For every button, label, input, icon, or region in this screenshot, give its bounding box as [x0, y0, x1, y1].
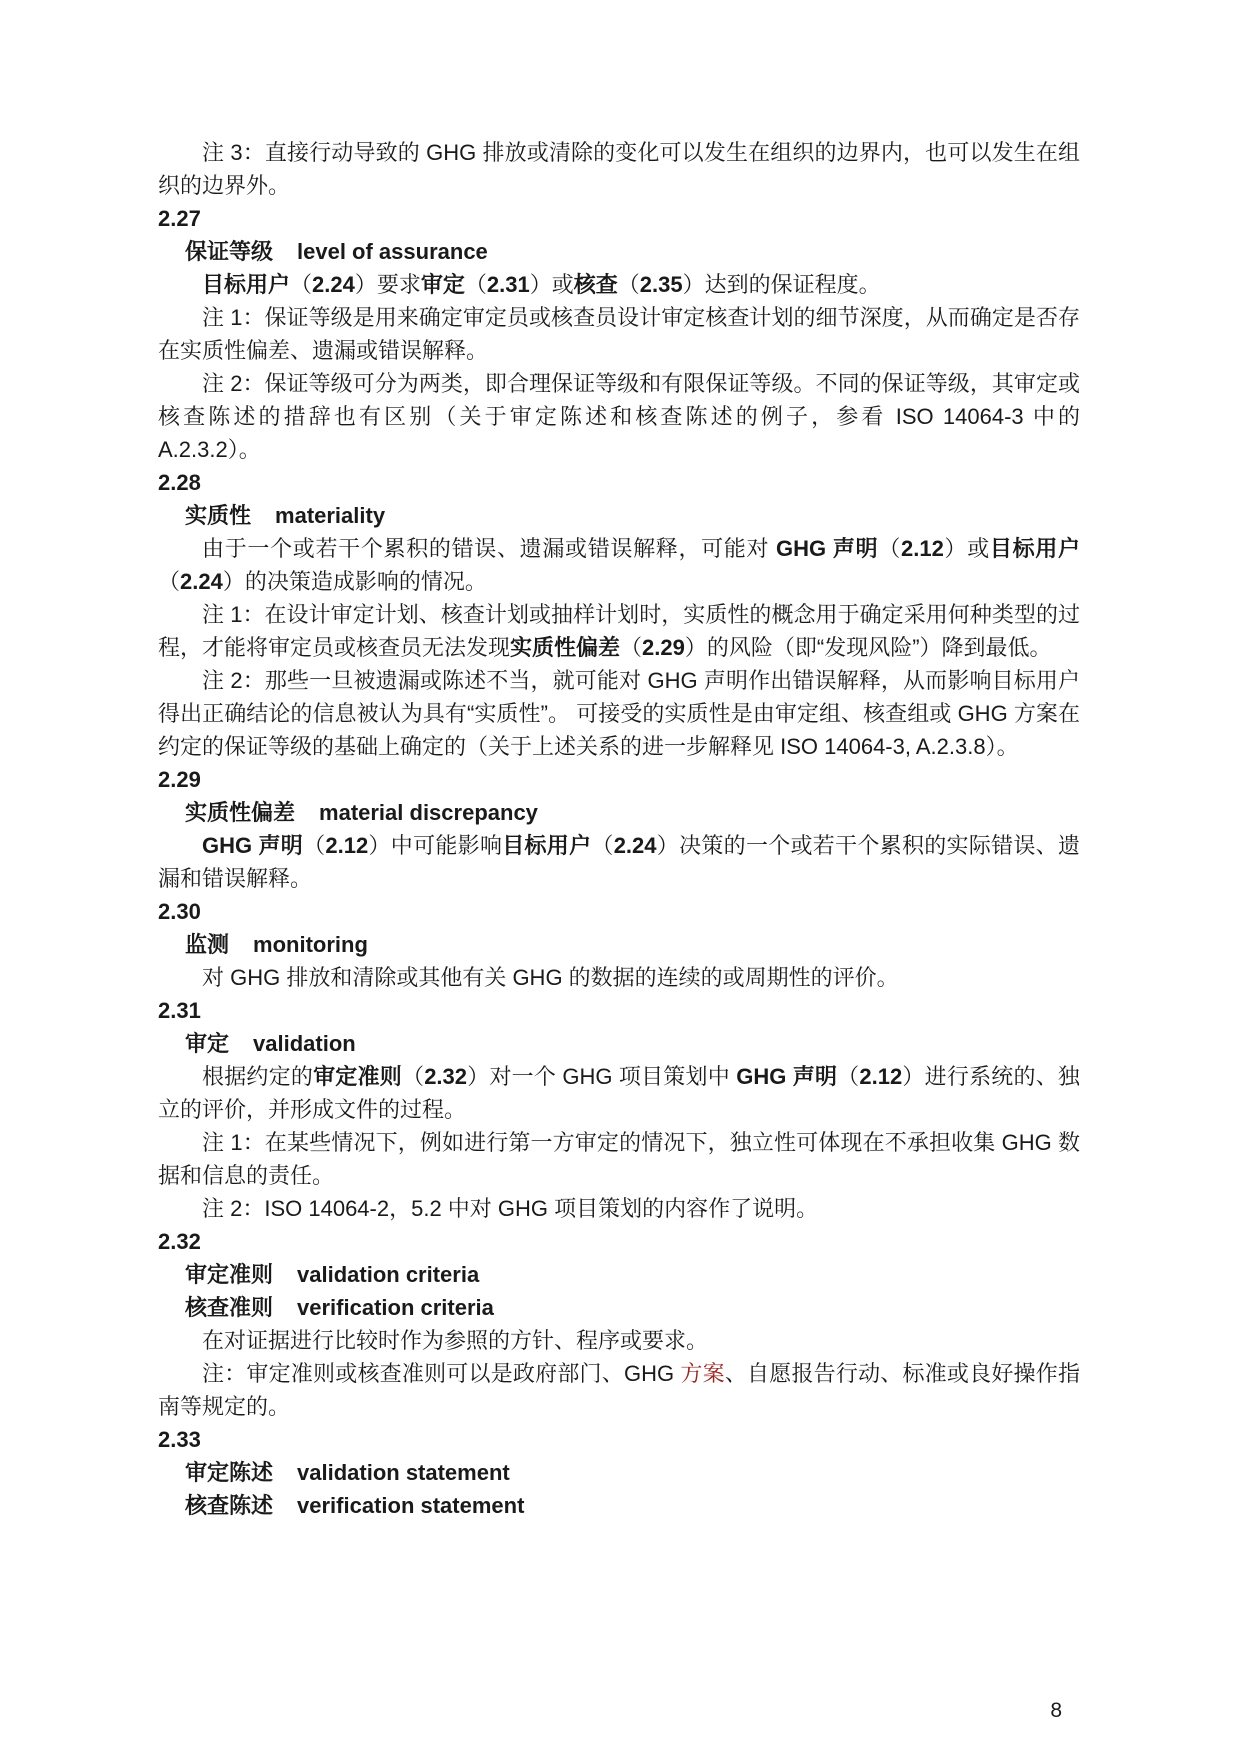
text-run: （ — [878, 536, 901, 561]
note-paragraph: 注 1：在设计审定计划、核查计划或抽样计划时，实质性的概念用于确定采用何种类型的… — [158, 598, 1080, 664]
text-run: 实质性偏差 — [510, 635, 620, 660]
text-run: 在对证据进行比较时作为参照的方针、程序或要求。 — [202, 1328, 708, 1353]
term-line: 审定准则validation criteria — [158, 1258, 1080, 1291]
text-run: 2.35 — [640, 272, 683, 297]
text-run: 注 1：保证等级是用来确定审定员或核查员设计审定核查计划的细节深度，从而确定是否… — [158, 305, 1080, 363]
document-page: 注 3：直接行动导致的 GHG 排放或清除的变化可以发生在组织的边界内，也可以发… — [0, 0, 1240, 1755]
text-run: （ — [591, 833, 613, 858]
text-run: 2.31 — [487, 272, 530, 297]
definition-paragraph: 根据约定的审定准则（2.32）对一个 GHG 项目策划中 GHG 声明（2.12… — [158, 1060, 1080, 1126]
definition-paragraph: 在对证据进行比较时作为参照的方针、程序或要求。 — [158, 1324, 1080, 1357]
text-run: 2.12 — [859, 1064, 902, 1089]
section-number: 2.27 — [158, 202, 1080, 235]
text-run: 注 2：那些一旦被遗漏或陈述不当，就可能对 GHG 声明作出错误解释，从而影响目… — [158, 668, 1080, 759]
definition-paragraph: GHG 声明（2.12）中可能影响目标用户（2.24）决策的一个或若干个累积的实… — [158, 829, 1080, 895]
text-run: ）达到的保证程度。 — [683, 272, 881, 297]
term-english: verification statement — [297, 1493, 524, 1518]
text-run: ）的风险（即“发现风险”）降到最低。 — [685, 635, 1052, 660]
text-run: ）或 — [530, 272, 574, 297]
text-run: 2.24 — [180, 569, 223, 594]
highlighted-text: 方案 — [680, 1361, 724, 1386]
text-run: ）要求 — [355, 272, 421, 297]
term-chinese: 监测 — [185, 932, 229, 957]
text-run: （ — [618, 272, 640, 297]
text-run: 审定 — [421, 272, 465, 297]
term-english: validation statement — [297, 1460, 510, 1485]
text-run: 2.12 — [901, 536, 944, 561]
term-line: 实质性偏差material discrepancy — [158, 796, 1080, 829]
section-number: 2.31 — [158, 994, 1080, 1027]
term-english: materiality — [275, 503, 385, 528]
text-run: 注 3：直接行动导致的 GHG 排放或清除的变化可以发生在组织的边界内，也可以发… — [158, 140, 1080, 198]
text-run: 由于一个或若干个累积的错误、遗漏或错误解释，可能对 — [202, 536, 776, 561]
text-run: ）或 — [944, 536, 990, 561]
text-run: 注 2：ISO 14064-2，5.2 中对 GHG 项目策划的内容作了说明。 — [202, 1196, 818, 1221]
text-run: 注：审定准则或核查准则可以是政府部门、GHG — [202, 1361, 680, 1386]
text-run: （ — [465, 272, 487, 297]
term-chinese: 核查准则 — [185, 1295, 273, 1320]
note-paragraph: 注 1：保证等级是用来确定审定员或核查员设计审定核查计划的细节深度，从而确定是否… — [158, 301, 1080, 367]
text-run: 2.24 — [312, 272, 355, 297]
text-run: GHG 声明 — [776, 536, 878, 561]
note-paragraph: 注 2：ISO 14064-2，5.2 中对 GHG 项目策划的内容作了说明。 — [158, 1192, 1080, 1225]
section-number: 2.30 — [158, 895, 1080, 928]
text-run: 2.29 — [642, 635, 685, 660]
term-chinese: 审定准则 — [185, 1262, 273, 1287]
term-chinese: 实质性 — [185, 503, 251, 528]
document-body: 注 3：直接行动导致的 GHG 排放或清除的变化可以发生在组织的边界内，也可以发… — [158, 136, 1080, 1522]
definition-paragraph: 对 GHG 排放和清除或其他有关 GHG 的数据的连续的或周期性的评价。 — [158, 961, 1080, 994]
term-chinese: 核查陈述 — [185, 1493, 273, 1518]
text-run: （ — [158, 569, 180, 594]
text-run: 根据约定的 — [202, 1064, 313, 1089]
section-number: 2.28 — [158, 466, 1080, 499]
term-english: validation — [253, 1031, 356, 1056]
term-line: 审定陈述validation statement — [158, 1456, 1080, 1489]
text-run: 目标用户 — [502, 833, 591, 858]
note-paragraph: 注 2：保证等级可分为两类，即合理保证等级和有限保证等级。不同的保证等级，其审定… — [158, 367, 1080, 466]
text-run: 目标用户 — [202, 272, 290, 297]
term-english: monitoring — [253, 932, 368, 957]
section-number: 2.29 — [158, 763, 1080, 796]
text-run: 核查 — [574, 272, 618, 297]
text-run: 目标用户 — [990, 536, 1080, 561]
note-paragraph: 注：审定准则或核查准则可以是政府部门、GHG 方案、自愿报告行动、标准或良好操作… — [158, 1357, 1080, 1423]
text-run: 对 GHG 排放和清除或其他有关 GHG 的数据的连续的或周期性的评价。 — [202, 965, 899, 990]
text-run: ）对一个 GHG 项目策划中 — [467, 1064, 736, 1089]
term-line: 核查陈述verification statement — [158, 1489, 1080, 1522]
term-line: 监测monitoring — [158, 928, 1080, 961]
term-chinese: 审定 — [185, 1031, 229, 1056]
section-number: 2.33 — [158, 1423, 1080, 1456]
term-chinese: 保证等级 — [185, 239, 273, 264]
term-english: validation criteria — [297, 1262, 479, 1287]
term-chinese: 审定陈述 — [185, 1460, 273, 1485]
term-english: level of assurance — [297, 239, 488, 264]
note-paragraph: 注 2：那些一旦被遗漏或陈述不当，就可能对 GHG 声明作出错误解释，从而影响目… — [158, 664, 1080, 763]
text-run: （ — [620, 635, 642, 660]
section-number: 2.32 — [158, 1225, 1080, 1258]
note-paragraph: 注 1：在某些情况下，例如进行第一方审定的情况下，独立性可体现在不承担收集 GH… — [158, 1126, 1080, 1192]
note-paragraph: 注 3：直接行动导致的 GHG 排放或清除的变化可以发生在组织的边界内，也可以发… — [158, 136, 1080, 202]
term-english: material discrepancy — [319, 800, 538, 825]
text-run: 2.12 — [325, 833, 368, 858]
text-run: 2.24 — [614, 833, 657, 858]
definition-paragraph: 由于一个或若干个累积的错误、遗漏或错误解释，可能对 GHG 声明（2.12）或目… — [158, 532, 1080, 598]
text-run: 注 2：保证等级可分为两类，即合理保证等级和有限保证等级。不同的保证等级，其审定… — [158, 371, 1080, 462]
term-line: 审定validation — [158, 1027, 1080, 1060]
term-chinese: 实质性偏差 — [185, 800, 295, 825]
text-run: （ — [303, 833, 325, 858]
text-run: （ — [290, 272, 312, 297]
text-run: ）中可能影响 — [368, 833, 502, 858]
page-number: 8 — [1050, 1699, 1062, 1723]
term-line: 保证等级level of assurance — [158, 235, 1080, 268]
text-run: 注 1：在某些情况下，例如进行第一方审定的情况下，独立性可体现在不承担收集 GH… — [158, 1130, 1080, 1188]
text-run: ）的决策造成影响的情况。 — [223, 569, 487, 594]
text-run: 审定准则 — [313, 1064, 402, 1089]
text-run: 2.32 — [424, 1064, 467, 1089]
text-run: （ — [837, 1064, 859, 1089]
term-english: verification criteria — [297, 1295, 494, 1320]
text-run: GHG 声明 — [202, 833, 303, 858]
term-line: 实质性materiality — [158, 499, 1080, 532]
term-line: 核查准则verification criteria — [158, 1291, 1080, 1324]
text-run: GHG 声明 — [736, 1064, 837, 1089]
definition-paragraph: 目标用户（2.24）要求审定（2.31）或核查（2.35）达到的保证程度。 — [158, 268, 1080, 301]
text-run: （ — [402, 1064, 424, 1089]
